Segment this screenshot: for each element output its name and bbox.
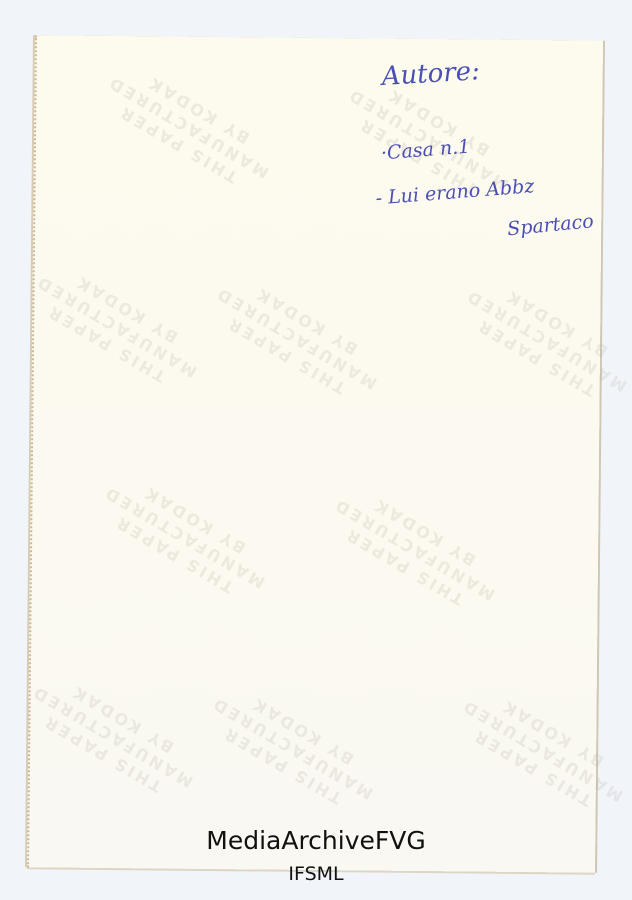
handwritten-line: - Lui erano Abbz [375,177,535,208]
handwritten-heading: Autore: [381,58,481,90]
watermark: THIS PAPER MANUFACTURED BY KODAK [198,675,387,820]
handwritten-line: Spartaco [506,212,594,239]
watermark: THIS PAPER MANUFACTURED BY KODAK [22,253,211,398]
watermark: THIS PAPER MANUFACTURED BY KODAK [320,476,509,621]
watermark: THIS PAPER MANUFACTURED BY KODAK [202,265,391,410]
archive-caption-subtitle: IFSML [0,863,632,885]
photo-back-card: THIS PAPER MANUFACTURED BY KODAK THIS PA… [27,35,603,872]
watermark: THIS PAPER MANUFACTURED BY KODAK [448,678,632,823]
archive-caption-title: MediaArchiveFVG [0,826,632,855]
watermark: THIS PAPER MANUFACTURED BY KODAK [90,464,279,609]
watermark: THIS PAPER MANUFACTURED BY KODAK [18,663,207,808]
watermark: THIS PAPER MANUFACTURED BY KODAK [452,268,632,413]
watermark: THIS PAPER MANUFACTURED BY KODAK [94,54,283,199]
